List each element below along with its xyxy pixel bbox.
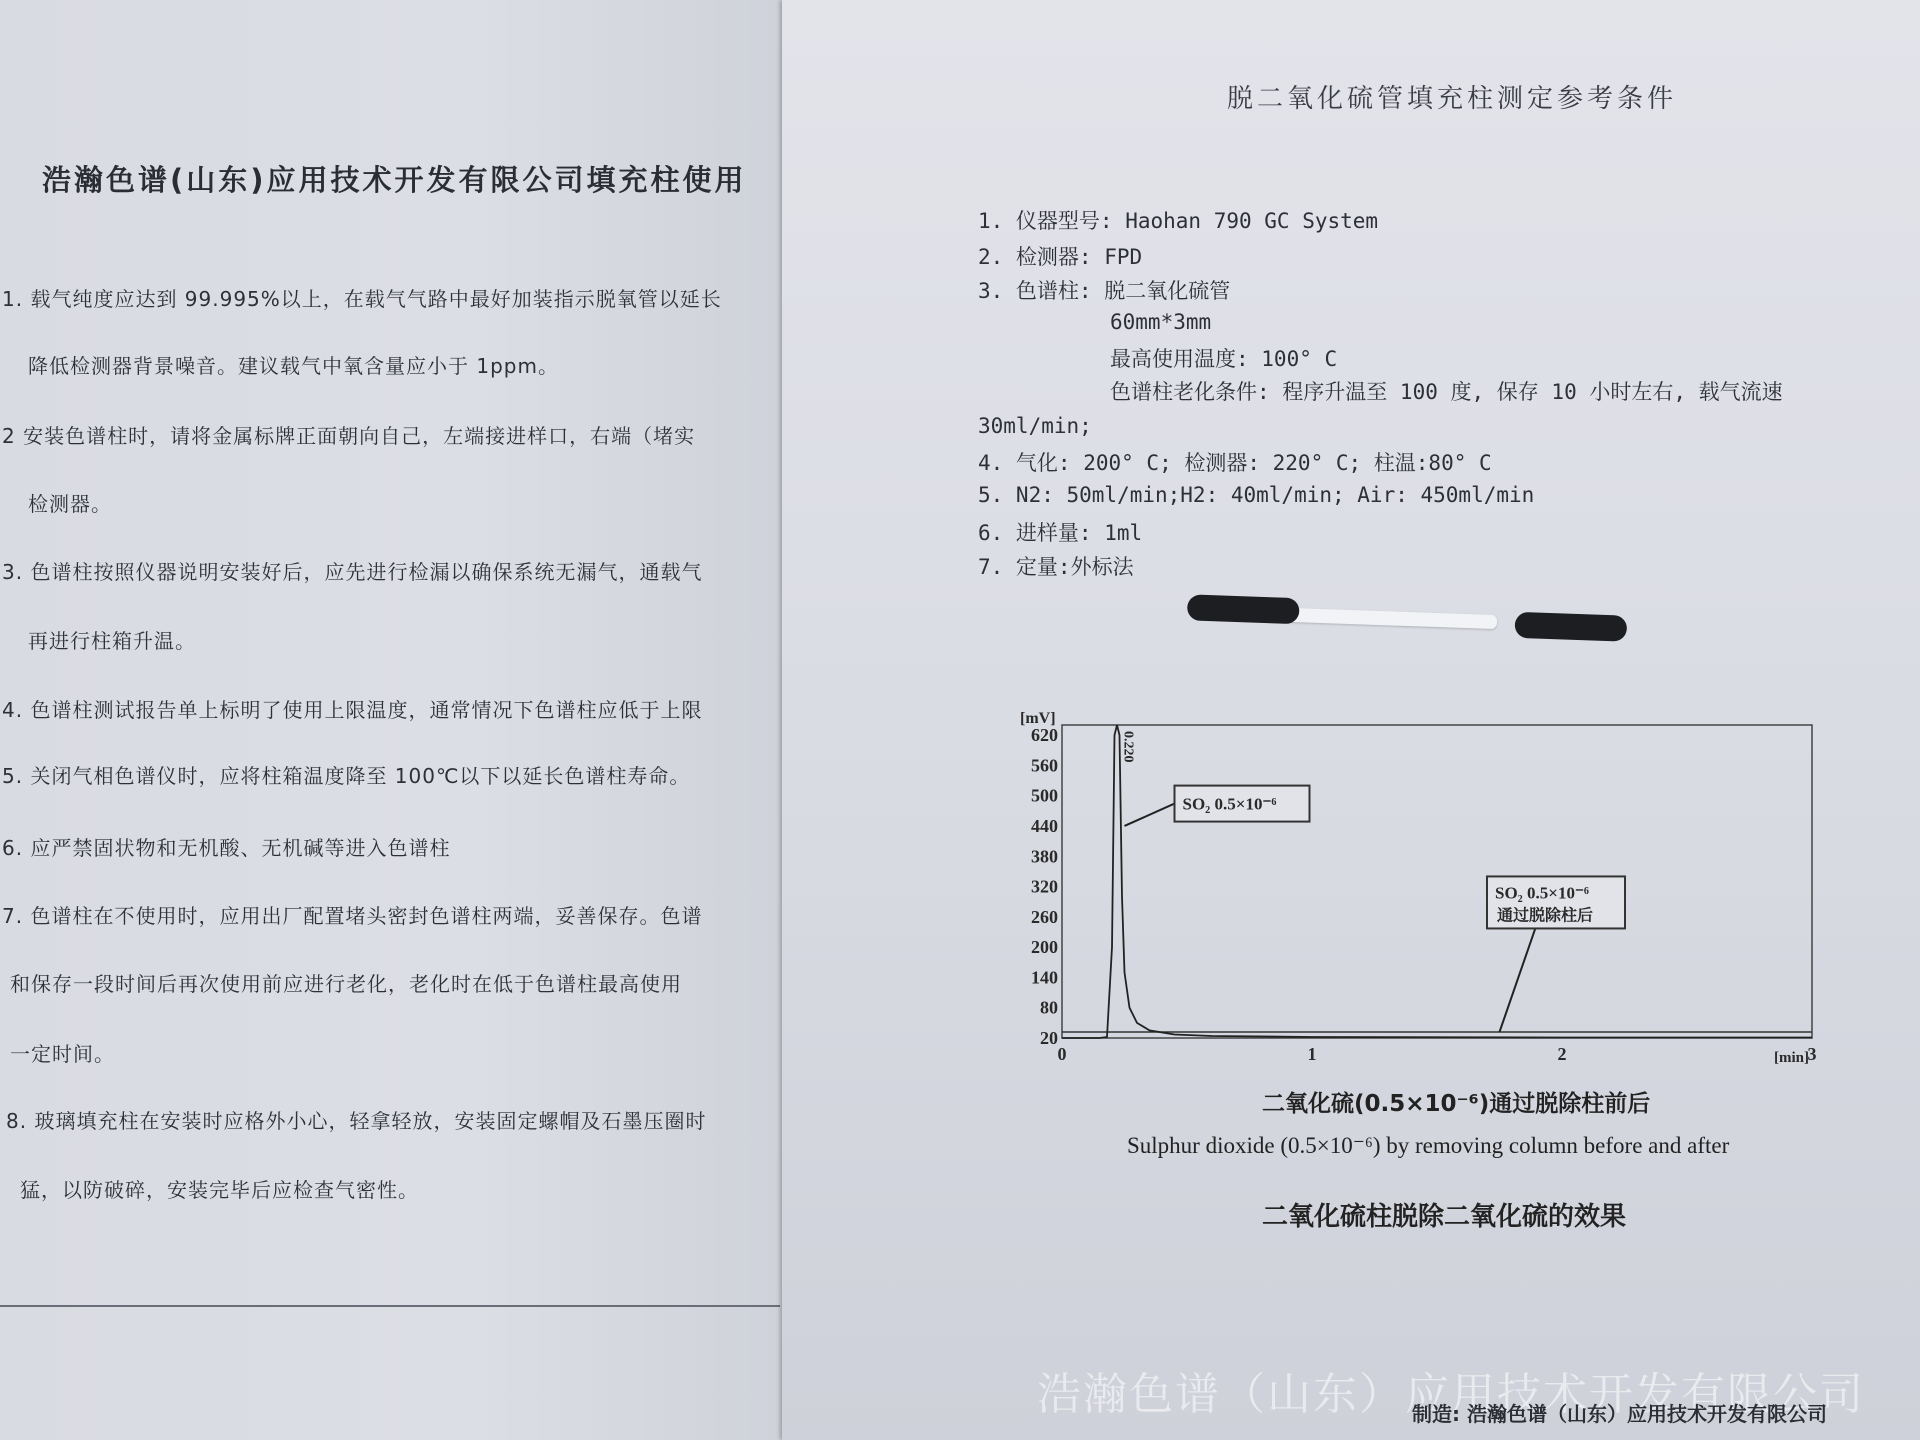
instruction-line: 再进行柱箱升温。	[28, 625, 196, 654]
effect-caption: 二氧化硫柱脱除二氧化硫的效果	[1262, 1196, 1626, 1233]
left-page-title: 浩瀚色谱(山东)应用技术开发有限公司填充柱使用	[42, 158, 747, 199]
chart-caption-en: Sulphur dioxide (0.5×10⁻⁶) by removing c…	[1127, 1133, 1729, 1159]
instruction-line: 7. 色谱柱在不使用时，应用出厂配置堵头密封色谱柱两端，妥善保存。色谱	[2, 900, 702, 929]
annotation-leader	[1125, 804, 1175, 826]
y-tick-label: 320	[1031, 877, 1058, 897]
instruction-line: 一定时间。	[10, 1038, 115, 1067]
y-tick-label: 560	[1031, 755, 1058, 775]
y-tick-label: 440	[1031, 816, 1058, 836]
y-tick-label: 500	[1031, 786, 1058, 806]
condition-line: 4. 气化: 200° C; 检测器: 220° C; 柱温:80° C	[978, 447, 1492, 477]
instruction-line: 6. 应严禁固状物和无机酸、无机碱等进入色谱柱	[2, 832, 450, 861]
peak-retention-label: 0.220	[1120, 731, 1135, 763]
instruction-line: 8. 玻璃填充柱在安装时应格外小心，轻拿轻放，安装固定螺帽及石墨压圈时	[6, 1105, 706, 1134]
instruction-line: 4. 色谱柱测试报告单上标明了使用上限温度，通常情况下色谱柱应低于上限	[2, 694, 702, 723]
y-tick-label: 20	[1040, 1028, 1058, 1048]
left-document-page: 浩瀚色谱(山东)应用技术开发有限公司填充柱使用 1. 载气纯度应达到 99.99…	[0, 0, 784, 1440]
y-tick-label: 200	[1031, 937, 1058, 957]
y-tick-label: 80	[1040, 998, 1058, 1018]
right-document-page: 脱二氧化硫管填充柱测定参考条件 1. 仪器型号: Haohan 790 GC S…	[782, 0, 1920, 1440]
condition-line: 最高使用温度: 100° C	[1110, 343, 1337, 373]
divider	[0, 1305, 780, 1307]
glass-tube	[1287, 608, 1497, 629]
condition-line: 2. 检测器: FPD	[978, 241, 1142, 271]
instruction-line: 检测器。	[28, 488, 112, 517]
x-tick-label: 1	[1308, 1044, 1317, 1064]
instruction-line: 和保存一段时间后再次使用前应进行老化，老化时在低于色谱柱最高使用	[10, 968, 682, 997]
end-cap-left	[1187, 594, 1300, 624]
end-cap-right	[1514, 612, 1627, 642]
instruction-line: 3. 色谱柱按照仪器说明安装好后，应先进行检漏以确保系统无漏气，通载气	[2, 556, 702, 585]
condition-line: 色谱柱老化条件: 程序升温至 100 度, 保存 10 小时左右, 载气流速	[1110, 376, 1783, 406]
packed-column-photo	[1186, 592, 1627, 647]
annotation-text: SO₂ 0.5×10⁻⁶	[1495, 883, 1589, 902]
plot-frame	[1062, 725, 1812, 1038]
condition-line: 1. 仪器型号: Haohan 790 GC System	[978, 205, 1378, 235]
y-tick-label: 620	[1031, 725, 1058, 745]
right-page-title: 脱二氧化硫管填充柱测定参考条件	[1227, 78, 1677, 115]
instruction-line: 2 安装色谱柱时，请将金属标牌正面朝向自己，左端接进样口，右端（堵实	[2, 420, 695, 449]
instruction-line: 5. 关闭气相色谱仪时，应将柱箱温度降至 100℃以下以延长色谱柱寿命。	[2, 760, 690, 789]
x-tick-label: 0	[1058, 1044, 1067, 1064]
condition-line: 6. 进样量: 1ml	[978, 517, 1142, 547]
annotation-leader	[1500, 928, 1536, 1032]
x-tick-label: 2	[1558, 1044, 1567, 1064]
condition-line: 3. 色谱柱: 脱二氧化硫管	[978, 275, 1230, 305]
chart-caption-cn: 二氧化硫(0.5×10⁻⁶)通过脱除柱前后	[1262, 1085, 1650, 1118]
y-axis-label: [mV]	[1020, 710, 1056, 727]
condition-line: 60mm*3mm	[1110, 310, 1211, 334]
series-before-line	[1062, 725, 1812, 1038]
instruction-line: 猛，以防破碎，安装完毕后应检查气密性。	[20, 1174, 419, 1203]
y-tick-label: 380	[1031, 846, 1058, 866]
y-tick-label: 140	[1031, 967, 1058, 987]
condition-line: 5. N2: 50ml/min;H2: 40ml/min; Air: 450ml…	[978, 483, 1534, 507]
y-tick-label: 260	[1031, 907, 1058, 927]
chromatogram-chart: 20801402002603203804405005606200123[mV][…	[1002, 705, 1842, 1085]
manufacturer-line: 制造: 浩瀚色谱（山东）应用技术开发有限公司	[1412, 1398, 1827, 1427]
condition-line: 30ml/min;	[978, 414, 1092, 438]
x-axis-label: [min]	[1774, 1050, 1809, 1066]
instruction-line: 1. 载气纯度应达到 99.995%以上，在载气气路中最好加装指示脱氧管以延长	[2, 283, 722, 312]
instruction-line: 降低检测器背景噪音。建议载气中氧含量应小于 1ppm。	[28, 350, 559, 379]
annotation-text: 通过脱除柱后	[1497, 905, 1593, 924]
annotation-text: SO₂ 0.5×10⁻⁶	[1183, 795, 1277, 814]
condition-line: 7. 定量:外标法	[978, 551, 1134, 581]
